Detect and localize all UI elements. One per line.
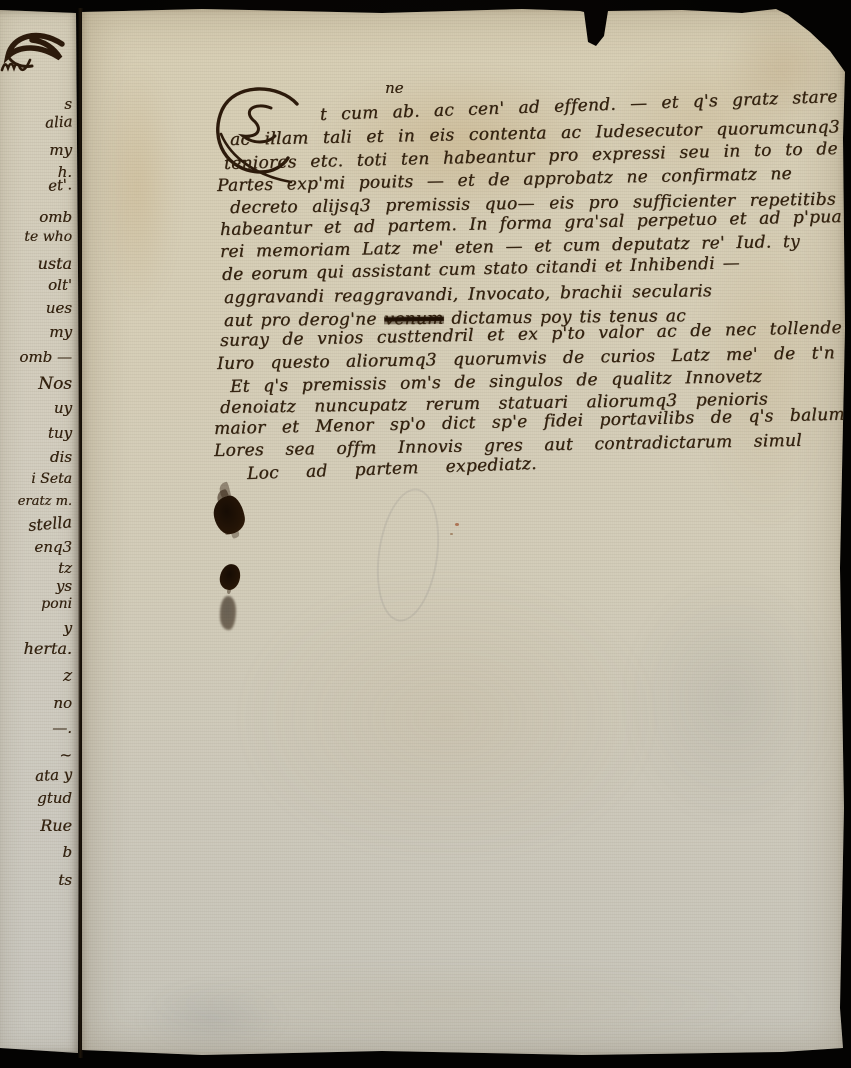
page-edge-shading	[82, 8, 845, 1057]
flourish-squiggle-icon	[0, 54, 34, 78]
strip-text-fragment: tuy	[48, 424, 72, 442]
strip-text-fragment: z	[63, 666, 72, 686]
strip-text-fragment: Rue	[40, 816, 72, 835]
strip-text-fragment: i Seta	[31, 471, 72, 487]
strip-text-fragment: usta	[38, 254, 72, 273]
strip-text-fragment: stella	[27, 512, 72, 535]
strip-text-fragment: herta.	[24, 639, 72, 658]
strip-text-fragment: Nos	[38, 374, 72, 394]
strip-text-fragment: et'.	[48, 175, 73, 195]
manuscript-scan: s alia my h. et'. omb te who usta olt' u…	[0, 0, 851, 1068]
strip-text-fragment: omb —	[19, 348, 72, 366]
strip-text-fragment: ts	[58, 871, 72, 889]
strip-text-fragment: dis	[50, 448, 72, 466]
strip-text-fragment: eratz m.	[18, 494, 72, 509]
strip-text-fragment: alia	[44, 112, 72, 131]
strip-text-fragment: my	[49, 141, 72, 159]
strip-text-fragment: gtud	[37, 789, 72, 807]
strip-text-fragment: —.	[52, 719, 72, 737]
strip-text-fragment: y	[64, 619, 72, 637]
strip-text-fragment: no	[53, 694, 72, 712]
strip-text-fragment: olt'	[48, 276, 72, 294]
strip-text-fragment: te who	[24, 229, 72, 245]
strip-text-fragment: ata y	[34, 765, 72, 785]
strip-text-fragment: poni	[41, 596, 72, 612]
strip-text-fragment: tz	[58, 559, 72, 577]
strip-text-fragment: ys	[56, 577, 72, 595]
strip-text-fragment: my	[49, 323, 72, 341]
left-folio-strip: s alia my h. et'. omb te who usta olt' u…	[0, 10, 82, 1054]
strip-text-fragment: ues	[46, 299, 72, 317]
manuscript-page: E ne t cum ab. ac cen' ad effend. — et q…	[82, 8, 845, 1057]
strip-text-fragment: uy	[54, 399, 72, 417]
strip-text-fragment: ~	[59, 746, 72, 764]
strip-text-fragment: enq3	[34, 538, 72, 556]
strip-text-fragment: s	[64, 95, 72, 113]
strip-text-fragment: omb	[39, 208, 72, 226]
strip-text-fragment: b	[62, 843, 72, 861]
